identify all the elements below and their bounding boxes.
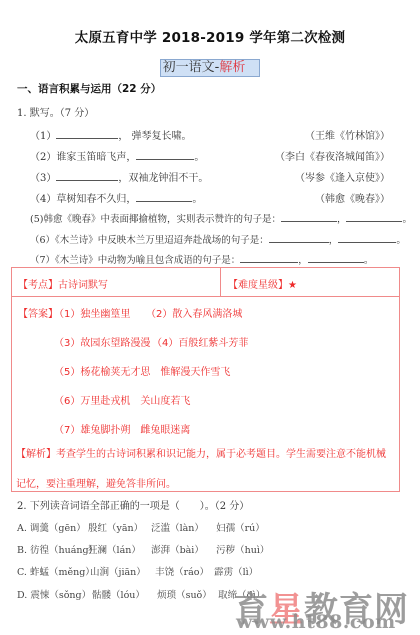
answer-7: （7）雄兔脚扑朔 雌兔眼迷离	[54, 421, 190, 436]
analysis-text: 【解析】考查学生的古诗词积累和识记能力，属于必考题目。学生需要注意不能机械记忆，…	[16, 440, 395, 500]
item-source: （李白《春夜洛城闻笛》）	[275, 148, 390, 163]
item-source: （岑参《逢入京使》）	[295, 169, 390, 184]
kaodian-label: 【考点】古诗词默写	[18, 276, 108, 291]
separator: ，	[298, 255, 308, 266]
option-c-word-2: 山涧（jiān）	[90, 564, 152, 578]
answer-1: （1）独坐幽篁里	[54, 305, 130, 320]
option-c[interactable]: C. 蚱蜢（měng） 山涧（jiān） 丰饶（ráo） 霹雳（lì）	[17, 564, 258, 578]
answer-blank[interactable]	[240, 252, 298, 263]
watermark-url: www.ht88.com	[236, 611, 396, 633]
item-text-end: 。	[192, 194, 202, 205]
answer-blank[interactable]	[338, 232, 396, 243]
item-number: （1）	[30, 131, 56, 142]
answer-4: （4）百般红紫斗芳菲	[152, 334, 248, 349]
dictation-item-2: （2）谁家玉笛暗飞声，。 （李白《春夜洛城闻笛》）	[30, 148, 390, 162]
separator: ，	[337, 214, 347, 225]
answer-blank[interactable]	[308, 252, 364, 263]
document-title: 太原五育中学 2018-2019 学年第二次检测	[0, 26, 420, 46]
answer-box-header-row: 【考点】古诗词默写 【难度星级】★	[12, 268, 399, 297]
answer-5: （5）杨花榆荚无才思 惟解漫天作雪飞	[54, 363, 230, 378]
option-b[interactable]: B. 彷徨（huáng） 狂澜（lán） 澎湃（bài） 污秽（huì）	[17, 542, 269, 556]
option-d-word-3: 烦琐（suǒ）	[157, 587, 215, 601]
answer-blank[interactable]	[56, 128, 118, 139]
option-b-word-4: 污秽（huì）	[216, 542, 269, 556]
subtitle-red: 解析	[219, 60, 245, 75]
separator: ，	[329, 235, 339, 246]
section-heading: 一、语言积累与运用（22 分）	[17, 81, 161, 96]
dictation-item-7: （7）《木兰诗》中动物为喻且包含成语的句子是：，。	[30, 252, 373, 266]
item-text: ，双袖龙钟泪不干。	[118, 173, 208, 184]
subtitle-container: 初一语文-解析	[0, 56, 420, 77]
end-punct: 。	[364, 255, 374, 266]
item-number: （4）	[30, 194, 56, 205]
option-a-word-3: 泛滥（làn）	[151, 520, 213, 534]
option-c-word-3: 丰饶（ráo）	[155, 564, 211, 578]
answer-2: （2）散入春风满洛城	[146, 305, 242, 320]
end-punct: 。	[402, 214, 412, 225]
item-text: 谁家玉笛暗飞声，	[56, 152, 136, 163]
answer-label: 【答案】	[18, 305, 58, 320]
item-text: （6）《木兰诗》中反映木兰万里迢迢奔赴战场的句子是：	[30, 235, 269, 246]
answer-blank[interactable]	[136, 149, 194, 160]
option-d-word-1: D. 震悚（sǒng）	[17, 587, 89, 601]
option-b-word-3: 澎湃（bài）	[151, 542, 213, 556]
question-2-label: 2. 下列读音词语全部正确的一项是（ ）。（2 分）	[17, 497, 249, 512]
item-text: （7）《木兰诗》中动物为喻且包含成语的句子是：	[30, 255, 240, 266]
answer-blank[interactable]	[346, 211, 402, 222]
item-number: （3）	[30, 173, 56, 184]
answer-blank[interactable]	[281, 211, 337, 222]
answer-6: （6）万里赴戎机 关山度若飞	[54, 392, 190, 407]
option-c-word-1: C. 蚱蜢（měng）	[17, 564, 87, 578]
difficulty-label: 【难度星级】★	[228, 276, 297, 291]
end-punct: 。	[396, 235, 406, 246]
dictation-item-4: （4）草树知春不久归，。 （韩愈《晚春》）	[30, 190, 390, 204]
answer-box: 【考点】古诗词默写 【难度星级】★ 【答案】 （1）独坐幽篁里 （2）散入春风满…	[11, 267, 400, 492]
item-source: （韩愈《晚春》）	[315, 190, 390, 205]
dictation-item-6: （6）《木兰诗》中反映木兰万里迢迢奔赴战场的句子是：，。	[30, 232, 406, 246]
option-d[interactable]: D. 震悚（sǒng） 骷髅（lóu） 烦琐（suǒ） 取缔（dì）	[17, 587, 265, 601]
column-divider	[220, 268, 221, 296]
dictation-item-5: (5)韩愈《晚春》中表面揶揄植物，实则表示赞许的句子是：，。	[30, 211, 412, 225]
dictation-item-1: （1）， 弹琴复长啸。 （王维《竹林馆》）	[30, 127, 390, 141]
option-d-word-2: 骷髅（lóu）	[92, 587, 154, 601]
option-b-word-2: 狂澜（lán）	[88, 542, 148, 556]
answer-blank[interactable]	[56, 170, 118, 181]
option-a-word-2: 殷红（yān）	[88, 520, 148, 534]
item-text: 草树知春不久归，	[56, 194, 136, 205]
item-text-end: 。	[194, 152, 204, 163]
dictation-item-3: （3），双袖龙钟泪不干。 （岑参《逢入京使》）	[30, 169, 390, 183]
item-text: ， 弹琴复长啸。	[118, 131, 191, 142]
option-a-word-1: A. 调羹（gēn）	[17, 520, 85, 534]
subtitle-main: 初一语文-	[163, 60, 220, 75]
item-source: （王维《竹林馆》）	[305, 127, 390, 142]
item-number: （2）	[30, 152, 56, 163]
option-c-word-4: 霹雳（lì）	[214, 564, 258, 578]
option-b-word-1: B. 彷徨（huáng）	[17, 542, 85, 556]
answer-blank[interactable]	[136, 191, 192, 202]
option-a-word-4: 妇孺（rú）	[216, 520, 265, 534]
answer-blank[interactable]	[269, 232, 329, 243]
option-a[interactable]: A. 调羹（gēn） 殷红（yān） 泛滥（làn） 妇孺（rú）	[17, 520, 265, 534]
item-text: (5)韩愈《晚春》中表面揶揄植物，实则表示赞许的句子是：	[30, 214, 281, 225]
answer-3: （3）故园东望路漫漫	[54, 334, 150, 349]
question-1-label: 1. 默写。（7 分）	[17, 104, 94, 119]
subtitle-highlight: 初一语文-解析	[160, 59, 261, 77]
